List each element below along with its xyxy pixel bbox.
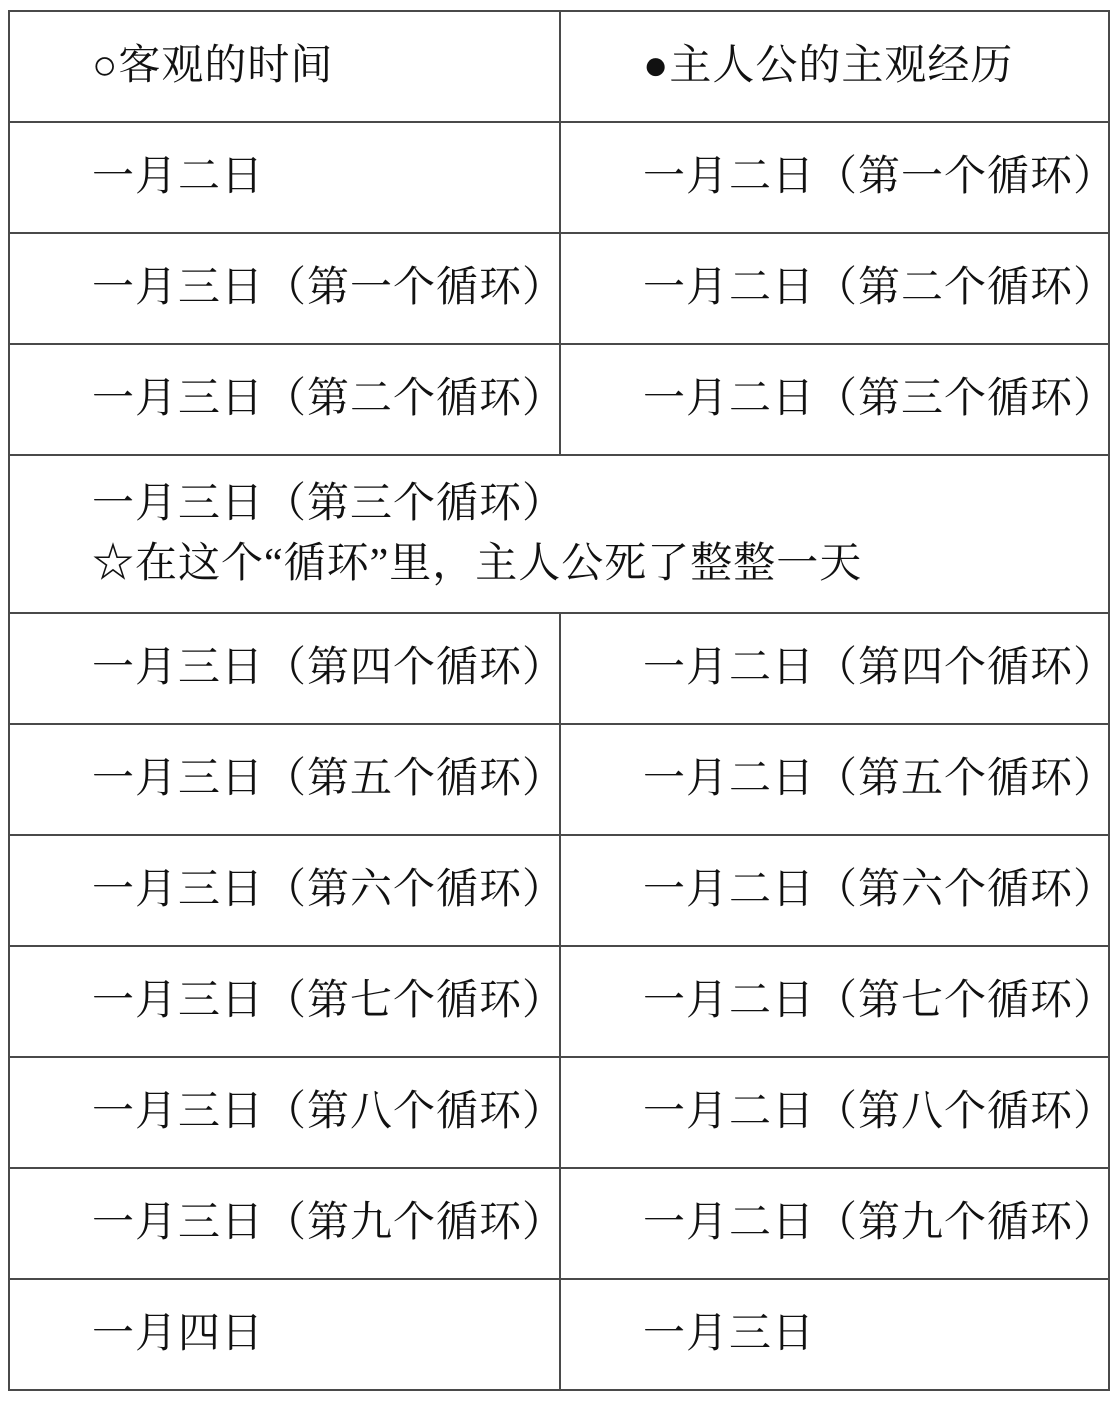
table-row: 一月三日（第七个循环） 一月二日（第七个循环）	[9, 946, 1109, 1057]
cell-subjective-date: 一月二日（第四个循环）	[560, 613, 1109, 724]
merged-row-date: 一月三日（第三个循环）	[92, 474, 1088, 534]
cell-objective-date: 一月三日（第五个循环）	[9, 724, 560, 835]
cell-objective-date: 一月三日（第九个循环）	[9, 1168, 560, 1279]
star-icon: ☆	[92, 541, 135, 587]
cell-subjective-date: 一月二日（第七个循环）	[560, 946, 1109, 1057]
cell-subjective-date: 一月二日（第三个循环）	[560, 344, 1109, 455]
header-objective-time-label: 客观的时间	[118, 43, 333, 89]
cell-subjective-date: 一月二日（第一个循环）	[560, 122, 1109, 233]
cell-subjective-date: 一月二日（第八个循环）	[560, 1057, 1109, 1168]
white-circle-icon: ○	[92, 43, 118, 89]
black-circle-icon: ●	[643, 43, 669, 89]
time-loop-table: ○客观的时间 ●主人公的主观经历 一月二日 一月二日（第一个循环） 一月三日（第…	[8, 10, 1110, 1391]
cell-subjective-date: 一月三日	[560, 1279, 1109, 1390]
header-cell-subjective-experience: ●主人公的主观经历	[560, 11, 1109, 122]
table-row: 一月四日 一月三日	[9, 1279, 1109, 1390]
merged-row-note-text: 在这个“循环”里，主人公死了整整一天	[135, 541, 862, 587]
cell-merged-loop3: 一月三日（第三个循环） ☆在这个“循环”里，主人公死了整整一天	[9, 455, 1109, 613]
table-row: 一月三日（第四个循环） 一月二日（第四个循环）	[9, 613, 1109, 724]
table-row: 一月三日（第二个循环） 一月二日（第三个循环）	[9, 344, 1109, 455]
cell-objective-date: 一月三日（第八个循环）	[9, 1057, 560, 1168]
table-row: 一月三日（第五个循环） 一月二日（第五个循环）	[9, 724, 1109, 835]
header-subjective-experience-label: 主人公的主观经历	[669, 43, 1013, 89]
cell-subjective-date: 一月二日（第九个循环）	[560, 1168, 1109, 1279]
cell-objective-date: 一月三日（第六个循环）	[9, 835, 560, 946]
cell-objective-date: 一月三日（第一个循环）	[9, 233, 560, 344]
cell-objective-date: 一月三日（第四个循环）	[9, 613, 560, 724]
table-row: 一月三日（第八个循环） 一月二日（第八个循环）	[9, 1057, 1109, 1168]
merged-row-note: ☆在这个“循环”里，主人公死了整整一天	[92, 534, 1088, 594]
cell-objective-date: 一月三日（第七个循环）	[9, 946, 560, 1057]
table-row: 一月二日 一月二日（第一个循环）	[9, 122, 1109, 233]
table-row: 一月三日（第一个循环） 一月二日（第二个循环）	[9, 233, 1109, 344]
table-row-merged: 一月三日（第三个循环） ☆在这个“循环”里，主人公死了整整一天	[9, 455, 1109, 613]
cell-subjective-date: 一月二日（第二个循环）	[560, 233, 1109, 344]
cell-subjective-date: 一月二日（第五个循环）	[560, 724, 1109, 835]
cell-subjective-date: 一月二日（第六个循环）	[560, 835, 1109, 946]
cell-objective-date: 一月三日（第二个循环）	[9, 344, 560, 455]
header-cell-objective-time: ○客观的时间	[9, 11, 560, 122]
table-row: 一月三日（第九个循环） 一月二日（第九个循环）	[9, 1168, 1109, 1279]
table-header-row: ○客观的时间 ●主人公的主观经历	[9, 11, 1109, 122]
table-row: 一月三日（第六个循环） 一月二日（第六个循环）	[9, 835, 1109, 946]
cell-objective-date: 一月二日	[9, 122, 560, 233]
cell-objective-date: 一月四日	[9, 1279, 560, 1390]
